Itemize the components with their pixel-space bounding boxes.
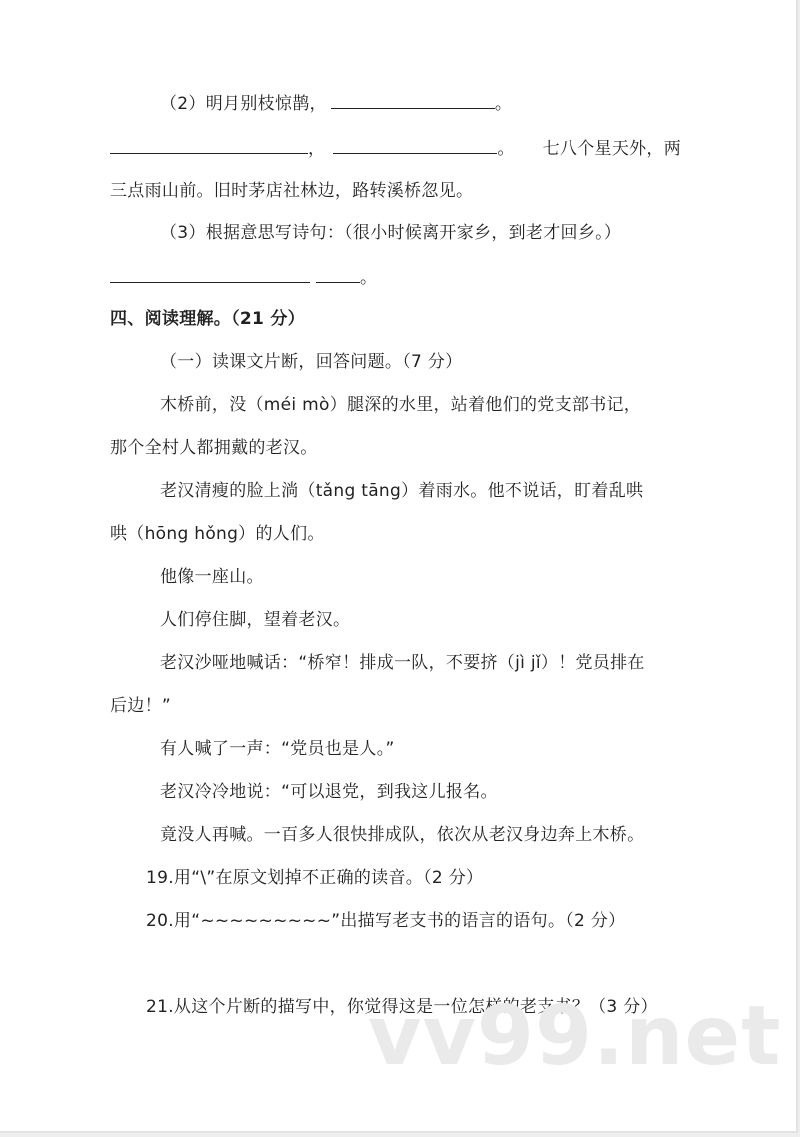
punctuation: ， (308, 139, 325, 159)
answer-blank[interactable] (110, 137, 308, 154)
poem-item-3-answer: 。 (110, 266, 377, 289)
section-heading: 四、阅读理解。（21 分） (110, 308, 305, 330)
passage-paragraph: 有人喊了一声：“党员也是人。” (160, 738, 395, 760)
answer-blank[interactable] (333, 137, 497, 154)
passage-paragraph-cont: 那个全村人都拥戴的老汉。 (110, 437, 318, 459)
passage-paragraph: 木桥前，没（méi mò）腿深的水里，站着他们的党支部书记， (160, 394, 641, 416)
passage-paragraph: 老汉沙哑地喊话：“桥窄！排成一队，不要挤（jì jǐ）！党员排在 (160, 652, 645, 674)
section-subheading: （一）读课文片断，回答问题。（7 分） (160, 351, 462, 373)
passage-paragraph: 老汉冷冷地说：“可以退党，到我这儿报名。 (160, 781, 498, 803)
punctuation: 。 (497, 139, 514, 159)
passage-paragraph: 竟没人再喊。一百多人很快排成队，依次从老汉身边奔上木桥。 (160, 824, 644, 846)
poem-item-2-line3: 三点雨山前。旧时茅店社林边，路转溪桥忽见。 (110, 180, 473, 202)
question-19: 19.用“\”在原文划掉不正确的读音。（2 分） (146, 867, 483, 889)
watermark: vv99.net (368, 996, 781, 1078)
punctuation: 。 (495, 94, 512, 114)
answer-blank[interactable] (110, 266, 310, 283)
poem-text: 七八个星天外，两 (543, 139, 681, 159)
poem-item-2-prefix: （2）明月别枝惊鹊， (160, 94, 327, 114)
poem-item-2: （2）明月别枝惊鹊，。 (160, 92, 512, 115)
poem-item-3: （3）根据意思写诗句：（很小时候离开家乡，到老才回乡。） (160, 222, 621, 244)
question-20: 20.用“~~~~~~~~~”出描写老支书的语言的语句。（2 分） (146, 910, 625, 932)
document-page: （2）明月别枝惊鹊，。 ，。七八个星天外，两 三点雨山前。旧时茅店社林边，路转溪… (0, 0, 798, 1133)
answer-blank[interactable] (331, 92, 495, 109)
punctuation: 。 (360, 268, 377, 288)
passage-paragraph: 他像一座山。 (160, 566, 264, 588)
passage-paragraph: 老汉清瘦的脸上淌（tǎng tāng）着雨水。他不说话，盯着乱哄 (160, 480, 643, 502)
passage-paragraph-cont: 后边！” (110, 695, 171, 717)
answer-blank[interactable] (316, 266, 360, 283)
passage-paragraph: 人们停住脚，望着老汉。 (160, 609, 350, 631)
poem-item-2-line2: ，。七八个星天外，两 (110, 137, 681, 160)
passage-paragraph-cont: 哄（hōng hǒng）的人们。 (110, 523, 325, 545)
